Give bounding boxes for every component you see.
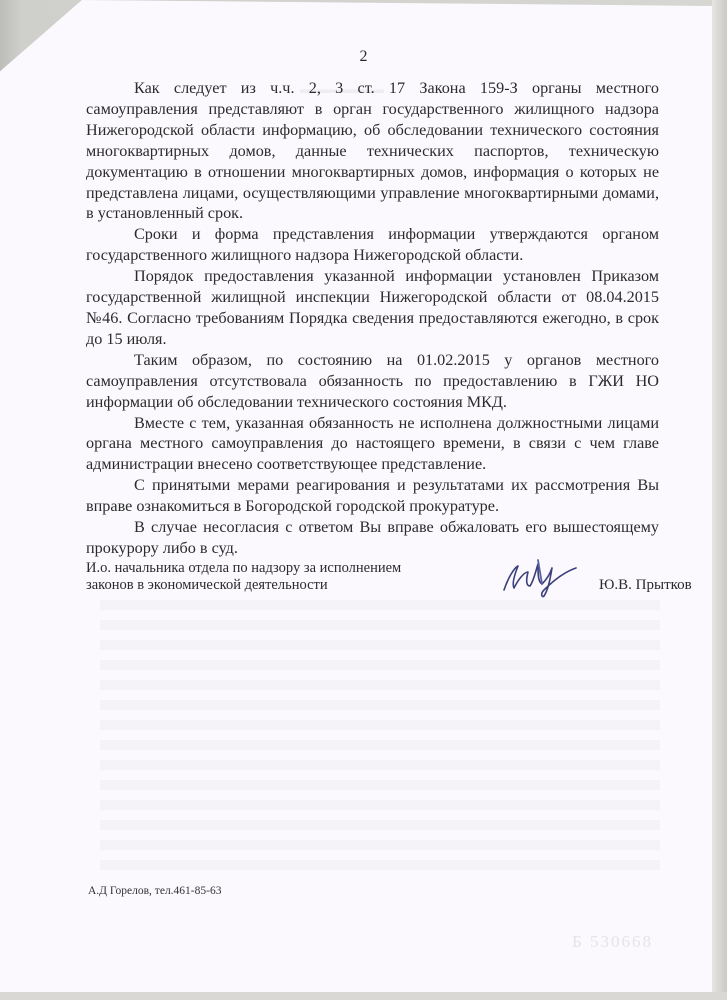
scan-bottom-edge [0,992,727,1000]
signatory-title-line1: И.о. начальника отдела по надзору за исп… [86,560,486,577]
paragraph: Как следует из ч.ч. 2, 3 ст. 17 Закона 1… [86,78,659,224]
contact-line: А.Д Горелов, тел.461-85-63 [88,885,221,897]
signatory-name: Ю.В. Прытков [599,577,692,594]
scan-right-edge [712,0,727,1000]
handwritten-signature-icon [498,550,578,600]
page-number: 2 [0,48,727,66]
serial-mark: Б 530668 [572,932,653,952]
paragraph: Сроки и форма представления информации у… [86,224,659,266]
paragraph: Порядок предоставления указанной информа… [86,266,659,350]
signatory-title-line2: законов в экономической деятельности [86,577,486,594]
paragraph: Таким образом, по состоянию на 01.02.201… [86,350,659,413]
paragraph: Вместе с тем, указанная обязанность не и… [86,413,659,476]
signatory-title: И.о. начальника отдела по надзору за исп… [86,560,486,594]
paragraph: С принятыми мерами реагирования и резуль… [86,475,659,517]
letter-body: Как следует из ч.ч. 2, 3 ст. 17 Закона 1… [86,78,659,559]
